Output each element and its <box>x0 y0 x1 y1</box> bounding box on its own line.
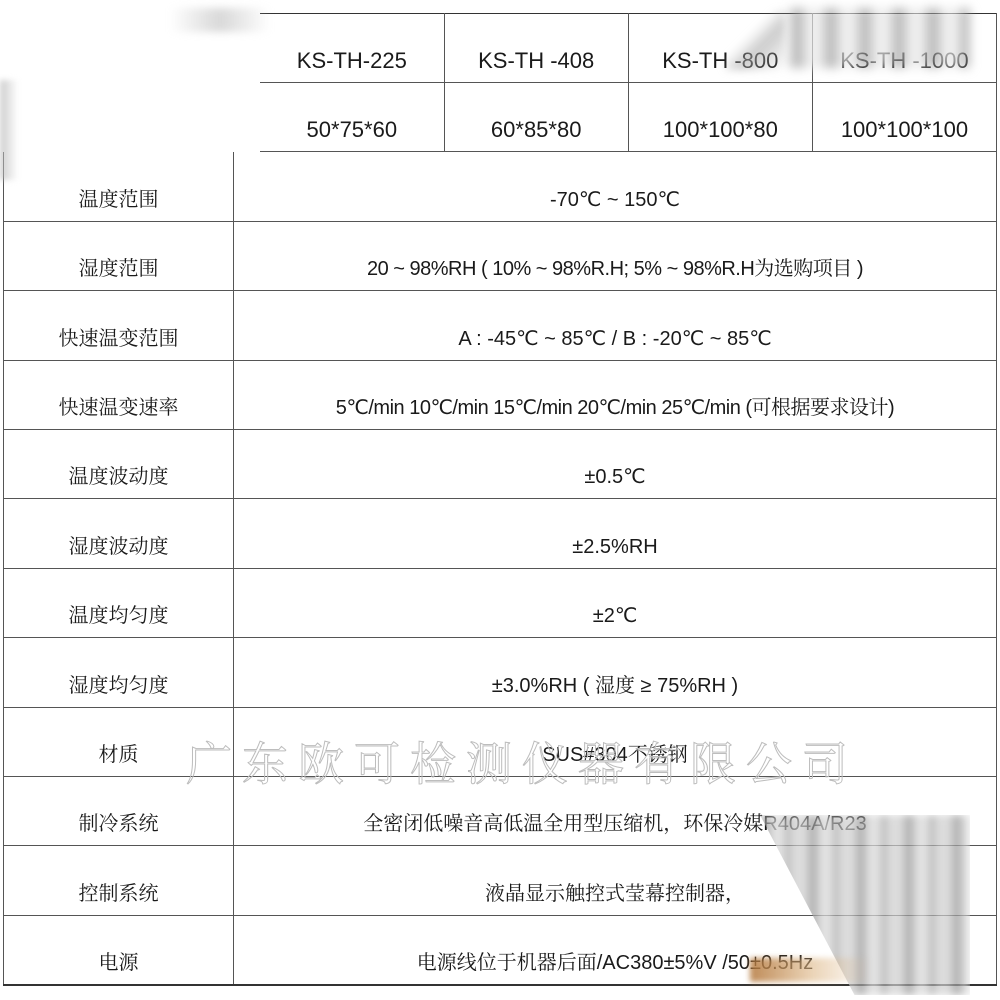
spec-row: 湿度均匀度 ±3.0%RH ( 湿度 ≥ 75%RH ) <box>4 638 997 707</box>
spec-label: 湿度范围 <box>4 221 234 290</box>
spec-row: 快速温变速率 5℃/min 10℃/min 15℃/min 20℃/min 25… <box>4 360 997 429</box>
model-cell: KS-TH -1000 <box>812 14 996 83</box>
spec-label: 控制系统 <box>4 846 234 915</box>
spec-row: 快速温变范围 A : -45℃ ~ 85℃ / B : -20℃ ~ 85℃ <box>4 291 997 360</box>
spec-label: 湿度均匀度 <box>4 638 234 707</box>
spec-value: -70℃ ~ 150℃ <box>234 152 997 221</box>
dimension-row: 50*75*60 60*85*80 100*100*80 100*100*100 <box>260 83 997 152</box>
model-cell: KS-TH-225 <box>260 14 444 83</box>
spec-value: SUS#304不锈钢 <box>234 707 997 776</box>
spec-label: 快速温变速率 <box>4 360 234 429</box>
spec-row: 温度均匀度 ±2℃ <box>4 568 997 637</box>
spec-table: 温度范围 -70℃ ~ 150℃ 湿度范围 20 ~ 98%RH ( 10% ~… <box>3 152 997 986</box>
spec-row: 温度波动度 ±0.5℃ <box>4 430 997 499</box>
model-cell: KS-TH -800 <box>628 14 812 83</box>
spec-label: 湿度波动度 <box>4 499 234 568</box>
spec-value: ±2℃ <box>234 568 997 637</box>
spec-row: 电源 电源线位于机器后面/AC380±5%V /50±0.5Hz <box>4 915 997 984</box>
model-header-table: KS-TH-225 KS-TH -408 KS-TH -800 KS-TH -1… <box>260 13 997 152</box>
spec-value: 全密闭低噪音高低温全用型压缩机，环保冷媒R404A/R23 <box>234 777 997 846</box>
spec-row: 制冷系统 全密闭低噪音高低温全用型压缩机，环保冷媒R404A/R23 <box>4 777 997 846</box>
spec-row: 湿度范围 20 ~ 98%RH ( 10% ~ 98%R.H; 5% ~ 98%… <box>4 221 997 290</box>
spec-row: 控制系统 液晶显示触控式莹幕控制器， <box>4 846 997 915</box>
model-cell: KS-TH -408 <box>444 14 628 83</box>
spec-label: 快速温变范围 <box>4 291 234 360</box>
spec-value: ±2.5%RH <box>234 499 997 568</box>
spec-label: 材质 <box>4 707 234 776</box>
dimension-cell: 60*85*80 <box>444 83 628 152</box>
spec-row: 温度范围 -70℃ ~ 150℃ <box>4 152 997 221</box>
spec-label: 制冷系统 <box>4 777 234 846</box>
dimension-cell: 100*100*100 <box>812 83 996 152</box>
spec-value: ±3.0%RH ( 湿度 ≥ 75%RH ) <box>234 638 997 707</box>
spec-value: 20 ~ 98%RH ( 10% ~ 98%R.H; 5% ~ 98%R.H为选… <box>234 221 997 290</box>
spec-value: 电源线位于机器后面/AC380±5%V /50±0.5Hz <box>234 915 997 984</box>
spec-label: 温度均匀度 <box>4 568 234 637</box>
spec-label: 温度波动度 <box>4 430 234 499</box>
spec-row: 材质 SUS#304不锈钢 <box>4 707 997 776</box>
spec-value: 液晶显示触控式莹幕控制器， <box>234 846 997 915</box>
model-row: KS-TH-225 KS-TH -408 KS-TH -800 KS-TH -1… <box>260 14 997 83</box>
spec-value: 5℃/min 10℃/min 15℃/min 20℃/min 25℃/min (… <box>234 360 997 429</box>
spec-value: ±0.5℃ <box>234 430 997 499</box>
spec-label: 温度范围 <box>4 152 234 221</box>
blur-artifact <box>170 8 270 32</box>
spec-label: 电源 <box>4 915 234 984</box>
dimension-cell: 100*100*80 <box>628 83 812 152</box>
dimension-cell: 50*75*60 <box>260 83 444 152</box>
spec-row: 湿度波动度 ±2.5%RH <box>4 499 997 568</box>
spec-value: A : -45℃ ~ 85℃ / B : -20℃ ~ 85℃ <box>234 291 997 360</box>
